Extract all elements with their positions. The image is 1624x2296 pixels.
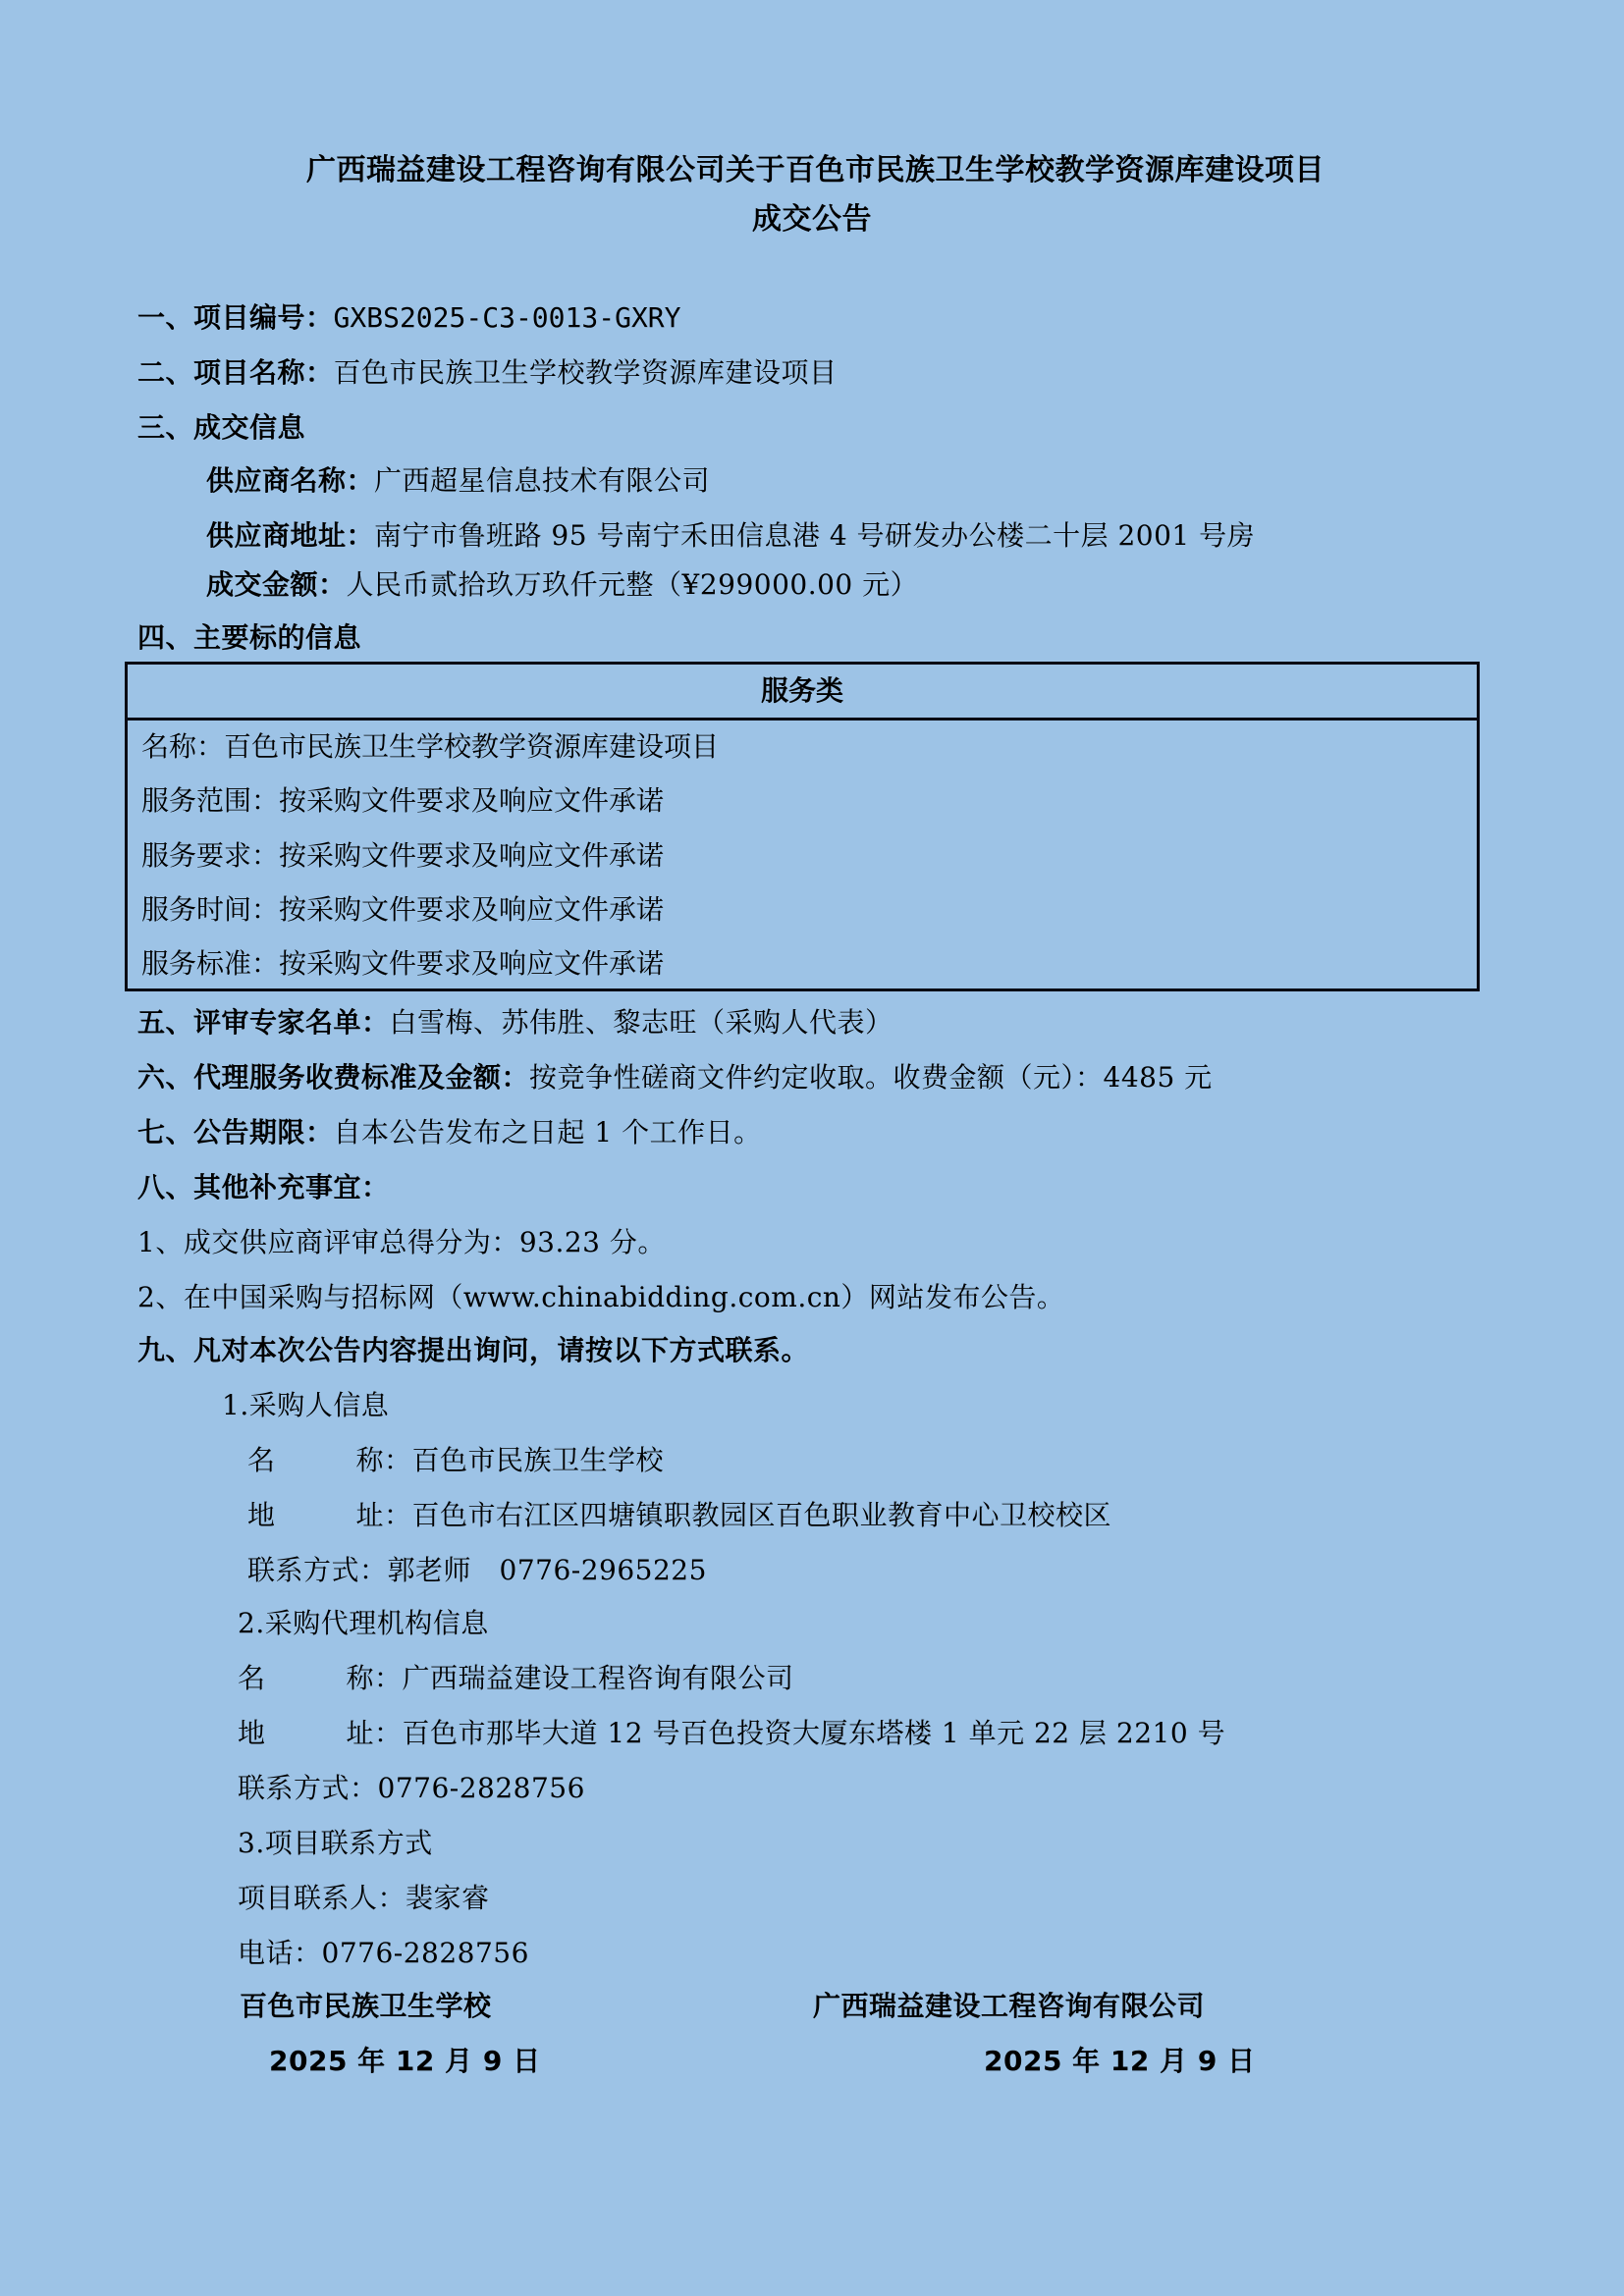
agency-fee-row: 六、代理服务收费标准及金额：按竞争性磋商文件约定收取。收费金额（元）：4485 … bbox=[137, 1060, 1213, 1095]
announcement-title-line2: 成交公告 bbox=[752, 202, 872, 238]
expert-list-label: 五、评审专家名单： bbox=[137, 1006, 390, 1039]
project-name-row: 二、项目名称：百色市民族卫生学校教学资源库建设项目 bbox=[137, 355, 838, 391]
supplier-address-row: 供应商地址：南宁市鲁班路 95 号南宁禾田信息港 4 号研发办公楼二十层 200… bbox=[206, 518, 1255, 554]
announcement-title-line1: 广西瑞益建设工程咨询有限公司关于百色市民族卫生学校教学资源库建设项目 bbox=[306, 153, 1325, 188]
signature-left-date: 2025 年 12 月 9 日 bbox=[269, 2044, 541, 2079]
project-contact-heading: 3.项目联系方式 bbox=[238, 1826, 433, 1861]
project-name-label: 二、项目名称： bbox=[137, 356, 334, 389]
project-name-value: 百色市民族卫生学校教学资源库建设项目 bbox=[334, 356, 838, 389]
project-contact-person-label: 项目联系人： bbox=[238, 1882, 406, 1914]
agency-info-heading: 2.采购代理机构信息 bbox=[238, 1606, 489, 1641]
agency-address-label: 地 bbox=[238, 1717, 266, 1749]
purchaser-name-value: 百色市民族卫生学校 bbox=[412, 1444, 665, 1476]
deal-amount-label: 成交金额： bbox=[206, 568, 347, 601]
purchaser-contact-row: 联系方式：郭老师 0776-2965225 bbox=[247, 1553, 707, 1588]
agency-address-row: 地址：百色市那毕大道 12 号百色投资大厦东塔楼 1 单元 22 层 2210 … bbox=[238, 1716, 1225, 1751]
table-row: 名称：百色市民族卫生学校教学资源库建设项目 bbox=[141, 729, 719, 765]
purchaser-info-heading: 1.采购人信息 bbox=[222, 1388, 389, 1423]
table-row: 服务范围：按采购文件要求及响应文件承诺 bbox=[141, 783, 664, 819]
purchaser-address-value: 百色市右江区四塘镇职教园区百色职业教育中心卫校校区 bbox=[412, 1499, 1112, 1531]
table-row: 服务标准：按采购文件要求及响应文件承诺 bbox=[141, 946, 664, 982]
purchaser-contact-label: 联系方式： bbox=[247, 1554, 388, 1586]
project-contact-phone-value: 0776-2828756 bbox=[322, 1937, 529, 1969]
project-contact-phone-row: 电话：0776-2828756 bbox=[238, 1936, 529, 1971]
supplier-name-label: 供应商名称： bbox=[206, 464, 374, 497]
supplier-address-label: 供应商地址： bbox=[206, 519, 374, 552]
agency-name-value: 广西瑞益建设工程咨询有限公司 bbox=[403, 1662, 794, 1694]
notice-period-row: 七、公告期限：自本公告发布之日起 1 个工作日。 bbox=[137, 1115, 762, 1150]
table-row: 服务要求：按采购文件要求及响应文件承诺 bbox=[141, 838, 664, 874]
purchaser-contact-value: 郭老师 0776-2965225 bbox=[388, 1554, 707, 1586]
expert-list-row: 五、评审专家名单：白雪梅、苏伟胜、黎志旺（采购人代表） bbox=[137, 1005, 893, 1041]
deal-amount-value: 人民币贰拾玖万玖仟元整（¥299000.00 元） bbox=[347, 568, 919, 601]
subject-info-table: 服务类 名称：百色市民族卫生学校教学资源库建设项目 服务范围：按采购文件要求及响… bbox=[125, 662, 1480, 991]
project-number-label: 一、项目编号： bbox=[137, 301, 334, 334]
project-contact-person-row: 项目联系人：裴家睿 bbox=[238, 1881, 490, 1916]
inquiry-contact-heading: 九、凡对本次公告内容提出询问，请按以下方式联系。 bbox=[137, 1333, 809, 1368]
agency-contact-value: 0776-2828756 bbox=[378, 1772, 585, 1804]
project-contact-person-value: 裴家睿 bbox=[406, 1882, 490, 1914]
agency-fee-label: 六、代理服务收费标准及金额： bbox=[137, 1061, 529, 1094]
purchaser-name-label: 名 bbox=[247, 1444, 276, 1476]
project-number-row: 一、项目编号：GXBS2025-C3-0013-GXRY bbox=[137, 300, 681, 336]
notice-period-value: 自本公告发布之日起 1 个工作日。 bbox=[334, 1116, 762, 1148]
agency-fee-value: 按竞争性磋商文件约定收取。收费金额（元）：4485 元 bbox=[529, 1061, 1213, 1094]
signature-right-date: 2025 年 12 月 9 日 bbox=[984, 2044, 1256, 2079]
agency-name-label: 名 bbox=[238, 1662, 266, 1694]
signature-right-org: 广西瑞益建设工程咨询有限公司 bbox=[813, 1989, 1205, 2024]
expert-list-value: 白雪梅、苏伟胜、黎志旺（采购人代表） bbox=[390, 1006, 893, 1039]
agency-name-row: 名称：广西瑞益建设工程咨询有限公司 bbox=[238, 1661, 794, 1696]
project-contact-phone-label: 电话： bbox=[238, 1937, 322, 1969]
main-subject-heading: 四、主要标的信息 bbox=[137, 620, 361, 656]
supplier-name-row: 供应商名称：广西超星信息技术有限公司 bbox=[206, 463, 710, 499]
purchaser-address-label: 地 bbox=[247, 1499, 276, 1531]
agency-contact-label: 联系方式： bbox=[238, 1772, 378, 1804]
other-matter-item: 2、在中国采购与招标网（www.chinabidding.com.cn）网站发布… bbox=[137, 1280, 1064, 1315]
notice-period-label: 七、公告期限： bbox=[137, 1116, 334, 1148]
supplier-address-value: 南宁市鲁班路 95 号南宁禾田信息港 4 号研发办公楼二十层 2001 号房 bbox=[374, 519, 1255, 552]
purchaser-name-row: 名称：百色市民族卫生学校 bbox=[247, 1443, 664, 1478]
deal-amount-row: 成交金额：人民币贰拾玖万玖仟元整（¥299000.00 元） bbox=[206, 567, 918, 603]
other-matters-heading: 八、其他补充事宜： bbox=[137, 1170, 390, 1205]
table-header-service: 服务类 bbox=[128, 665, 1477, 721]
purchaser-address-row: 地址：百色市右江区四塘镇职教园区百色职业教育中心卫校校区 bbox=[247, 1498, 1111, 1533]
signature-left-org: 百色市民族卫生学校 bbox=[240, 1989, 492, 2024]
other-matter-item: 1、成交供应商评审总得分为：93.23 分。 bbox=[137, 1225, 666, 1260]
deal-info-heading: 三、成交信息 bbox=[137, 410, 305, 446]
table-row: 服务时间：按采购文件要求及响应文件承诺 bbox=[141, 892, 664, 928]
agency-contact-row: 联系方式：0776-2828756 bbox=[238, 1771, 585, 1806]
supplier-name-value: 广西超星信息技术有限公司 bbox=[374, 464, 710, 497]
agency-address-value: 百色市那毕大道 12 号百色投资大厦东塔楼 1 单元 22 层 2210 号 bbox=[403, 1717, 1226, 1749]
project-number-value: GXBS2025-C3-0013-GXRY bbox=[334, 301, 681, 334]
